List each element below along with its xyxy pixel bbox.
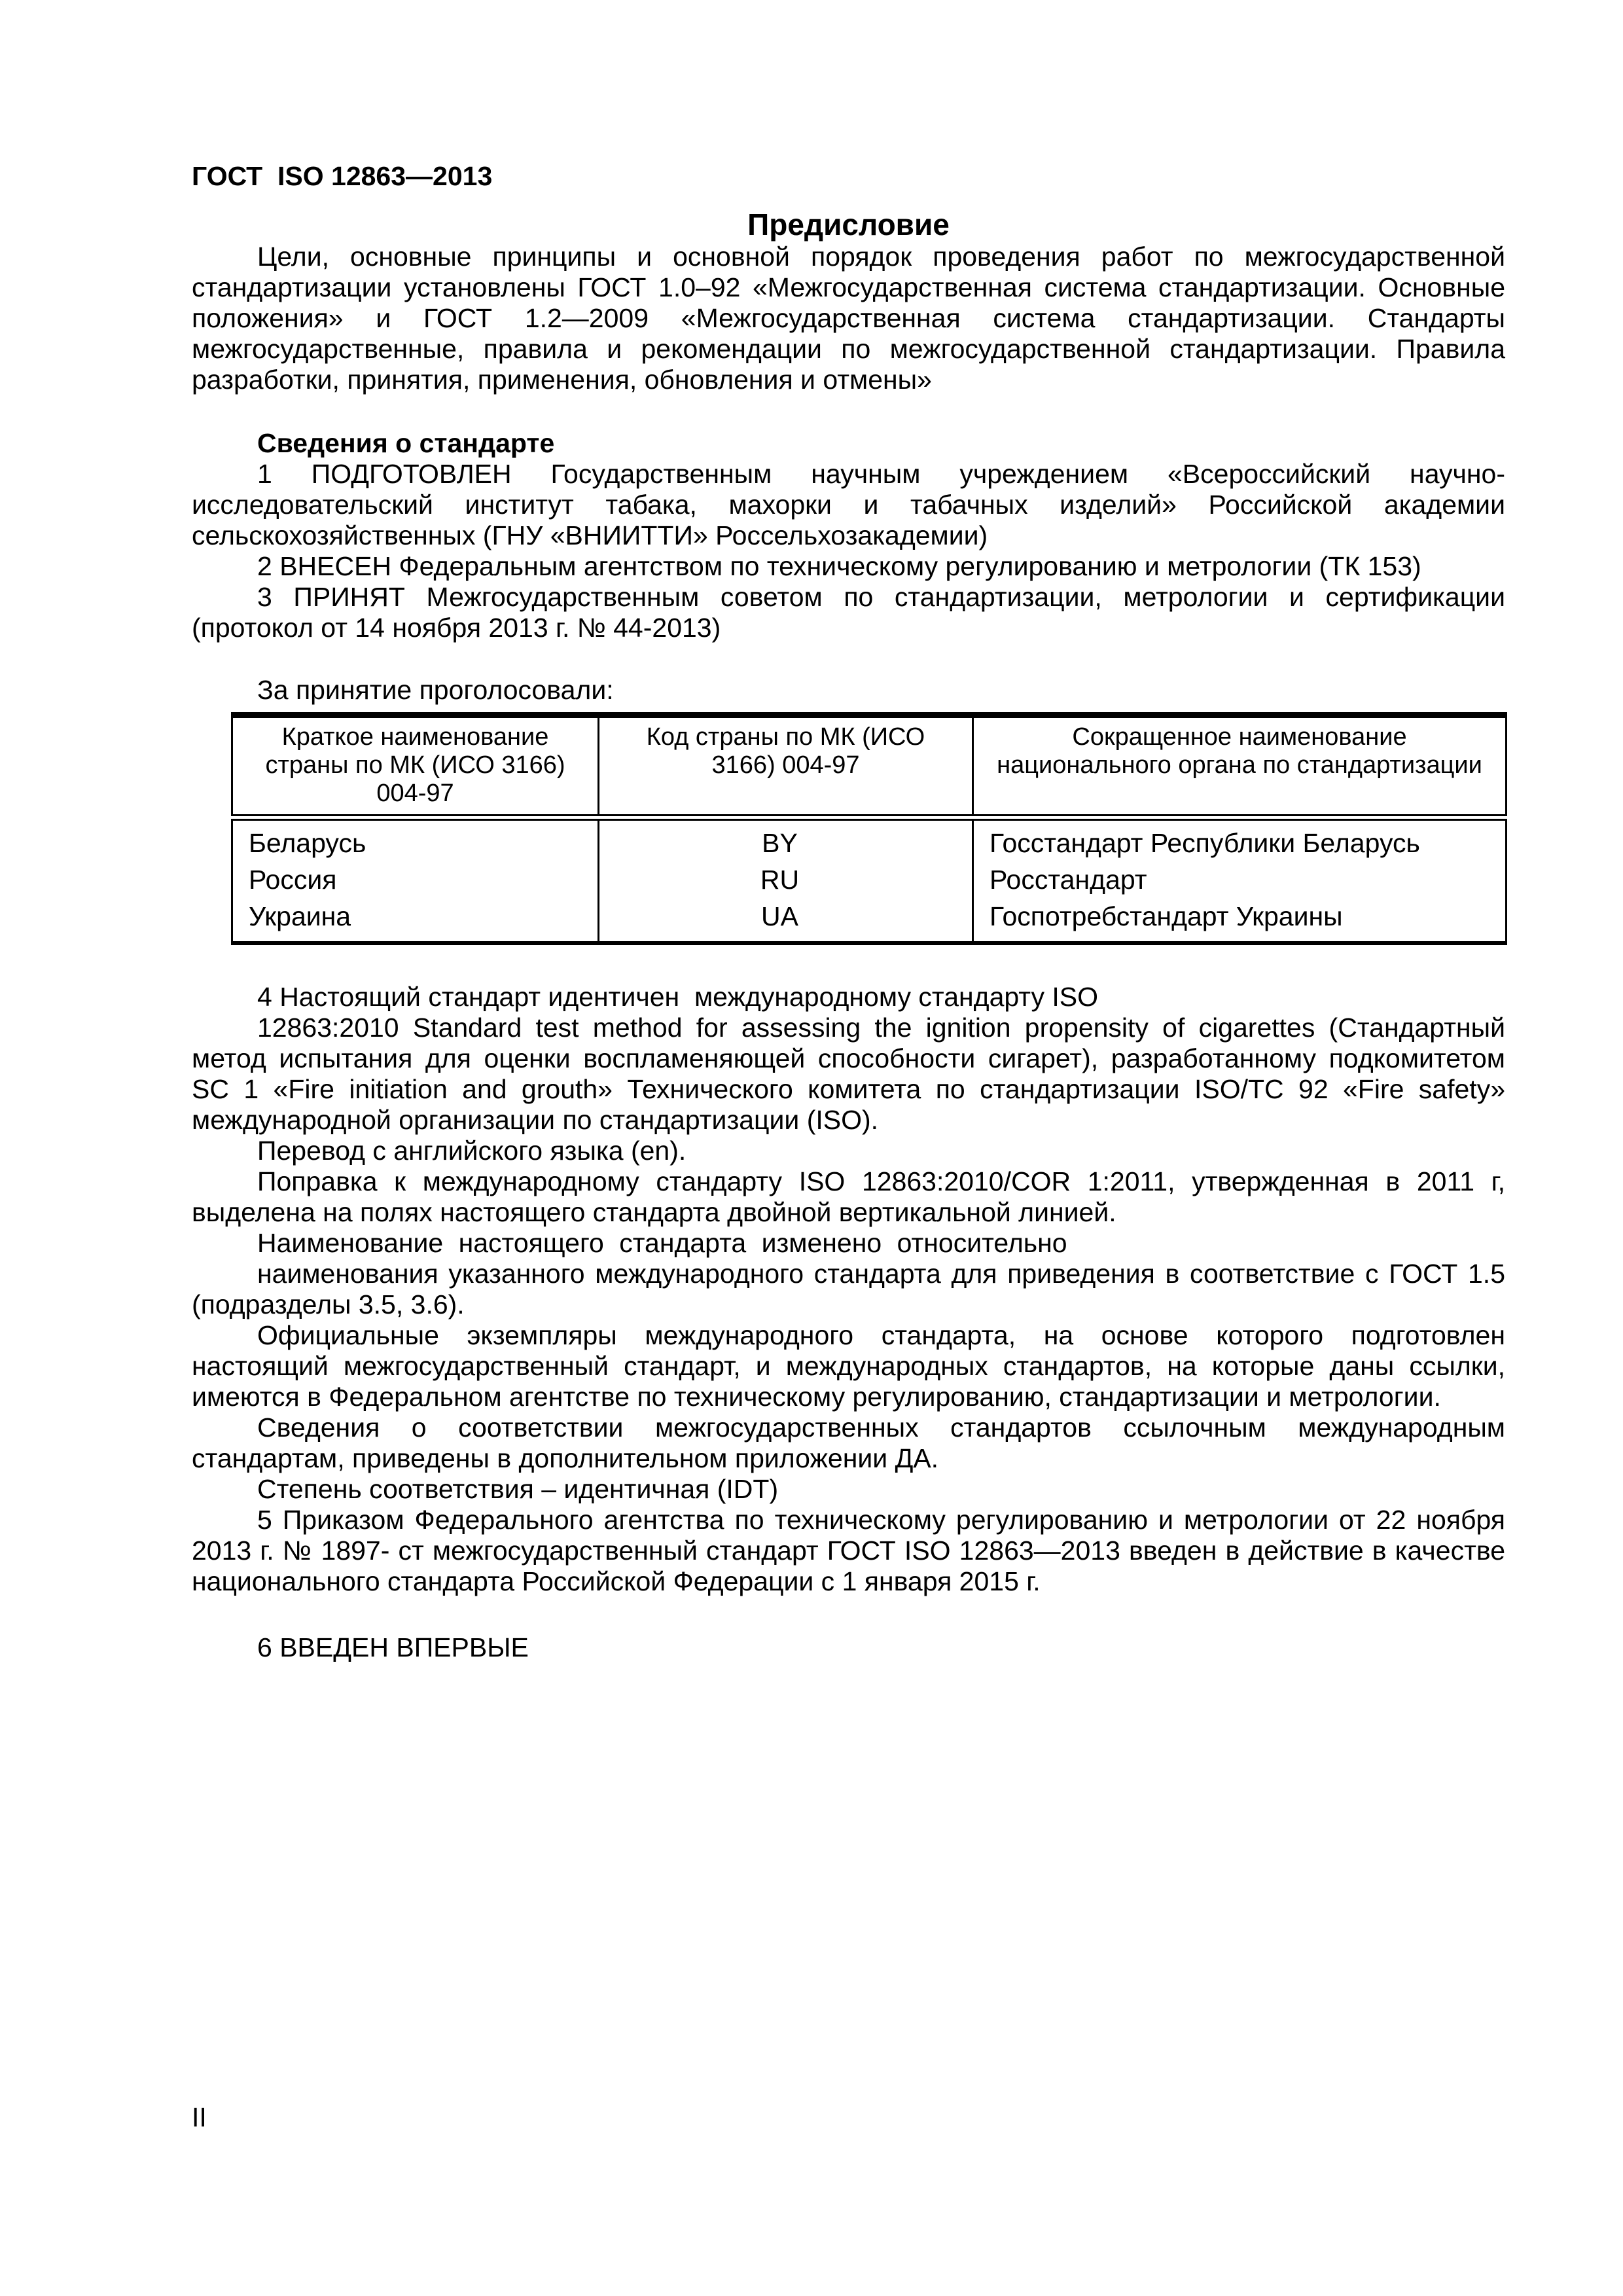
section-heading-standard-info: Сведения о стандарте <box>192 428 1505 459</box>
item4-reference-info-paragraph: Сведения о соответствии межгосударственн… <box>192 1412 1505 1474</box>
page-number: II <box>192 2102 207 2133</box>
item4-identity-line: 4 Настоящий стандарт идентичен междунаро… <box>192 982 1505 1013</box>
country-cell: Россия <box>232 861 599 898</box>
item4-official-copies-paragraph: Официальные экземпляры международного ст… <box>192 1320 1505 1412</box>
table-row: Россия RU Росстандарт <box>232 861 1507 898</box>
page-title: Предисловие <box>192 207 1505 242</box>
country-cell: Беларусь <box>232 817 599 861</box>
table-row: Украина UA Госпотребстандарт Украины <box>232 898 1507 943</box>
table-header-org: Сокращенное наименование национального о… <box>973 715 1507 818</box>
country-cell: Украина <box>232 898 599 943</box>
foreword-item-4: 4 Настоящий стандарт идентичен междунаро… <box>192 982 1505 1505</box>
table-header-code: Код страны по МК (ИСО 3166) 004-97 <box>599 715 973 818</box>
table-header-country: Краткое наименование страны по МК (ИСО 3… <box>232 715 599 818</box>
foreword-item-5: 5 Приказом Федерального агентства по тех… <box>192 1505 1505 1597</box>
vote-caption: За принятие проголосовали: <box>192 675 1505 706</box>
item4-renaming-line: Наименование настоящего стандарта измене… <box>192 1228 1505 1259</box>
item4-renaming-paragraph: наименования указанного международного с… <box>192 1259 1505 1320</box>
code-cell: UA <box>599 898 973 943</box>
foreword-item-3: 3 ПРИНЯТ Межгосударственным советом по с… <box>192 582 1505 643</box>
vote-table-header: Краткое наименование страны по МК (ИСО 3… <box>232 715 1507 818</box>
org-cell: Госпотребстандарт Украины <box>973 898 1507 943</box>
code-cell: BY <box>599 817 973 861</box>
foreword-item-6: 6 ВВЕДЕН ВПЕРВЫЕ <box>192 1632 1505 1663</box>
page-content: ГОСТ ISO 12863—2013 Предисловие Цели, ос… <box>192 0 1505 1663</box>
document-page: ГОСТ ISO 12863—2013 Предисловие Цели, ос… <box>0 0 1623 2296</box>
org-cell: Росстандарт <box>973 861 1507 898</box>
vote-table-body: Беларусь BY Госстандарт Республики Белар… <box>232 817 1507 943</box>
item4-translation-line: Перевод с английского языка (en). <box>192 1136 1505 1166</box>
foreword-item-2: 2 ВНЕСЕН Федеральным агентством по техни… <box>192 551 1505 582</box>
org-cell: Госстандарт Республики Беларусь <box>973 817 1507 861</box>
foreword-item-1: 1 ПОДГОТОВЛЕН Государственным научным уч… <box>192 459 1505 551</box>
intro-paragraph: Цели, основные принципы и основной поряд… <box>192 242 1505 395</box>
code-cell: RU <box>599 861 973 898</box>
item4-amendment-paragraph: Поправка к международному стандарту ISO … <box>192 1166 1505 1228</box>
table-row: Беларусь BY Госстандарт Республики Белар… <box>232 817 1507 861</box>
vote-table: Краткое наименование страны по МК (ИСО 3… <box>231 712 1507 945</box>
table-header-row: Краткое наименование страны по МК (ИСО 3… <box>232 715 1507 818</box>
item4-iso-title-paragraph: 12863:2010 Standard test method for asse… <box>192 1013 1505 1136</box>
item4-conformity-line: Степень соответствия – идентичная (IDT) <box>192 1474 1505 1505</box>
document-code: ГОСТ ISO 12863—2013 <box>192 161 1505 192</box>
